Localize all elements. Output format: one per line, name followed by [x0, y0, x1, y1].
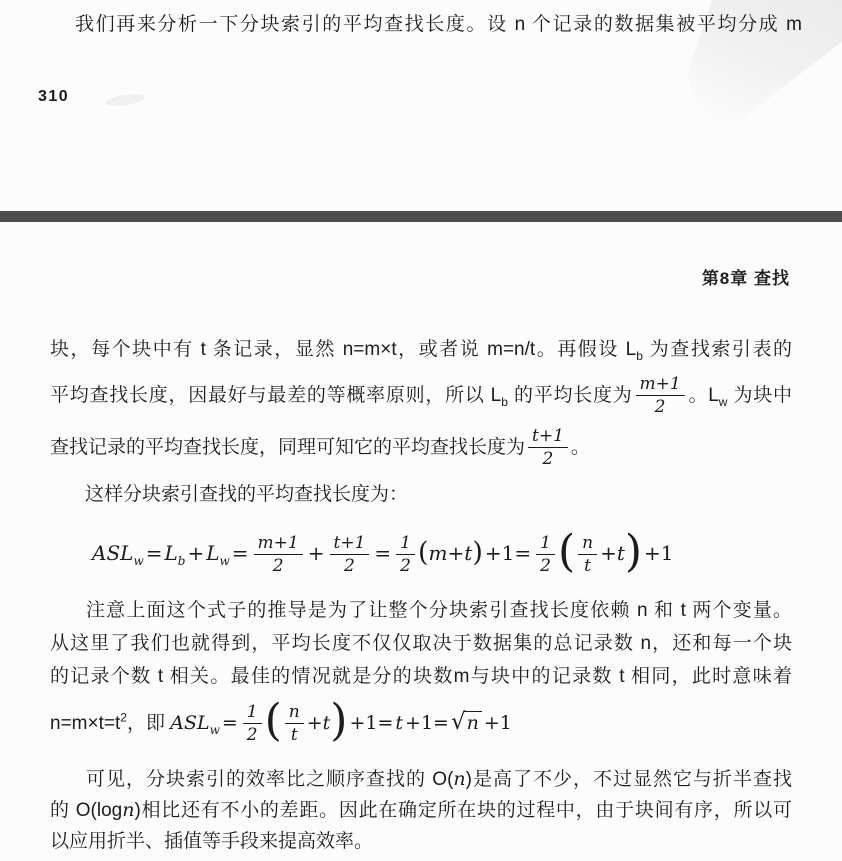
- fraction-numerator: n: [285, 702, 304, 724]
- fraction-denominator: 2: [540, 555, 551, 576]
- scan-smudge: [104, 92, 145, 107]
- subscript: b: [178, 554, 186, 568]
- body-text: 平均查找长度，因最好与最差的等概率原则，所以 L: [50, 385, 501, 406]
- paren-open: (: [265, 695, 282, 746]
- fraction-numerator: 1: [396, 533, 415, 555]
- fraction: 12: [396, 533, 415, 577]
- top-paragraph-text: 我们再来分析一下分块索引的平均查找长度。设 n 个记录的数据集被平均分成 m: [75, 14, 802, 35]
- body-text: 。: [571, 437, 590, 458]
- paren-close: ): [625, 526, 642, 577]
- math-symbol: L: [164, 541, 177, 565]
- fraction-denominator: 2: [344, 555, 355, 576]
- fraction: 12: [243, 702, 262, 746]
- math-symbol: n: [453, 768, 465, 790]
- body-text: )相比还有不小的差距。因此在确定所在块的过程中，由于块间有序，所以可: [134, 800, 792, 821]
- body-text: 为块中: [727, 385, 792, 406]
- paren-open: (: [418, 537, 429, 568]
- book-page: 我们再来分析一下分块索引的平均查找长度。设 n 个记录的数据集被平均分成 m 3…: [0, 0, 842, 861]
- paragraph-line: 可见，分块索引的效率比之顺序查找的 O(n)是高了不少，不过显然它与折半查找: [50, 764, 792, 795]
- fraction: m+12: [254, 533, 303, 577]
- subscript: w: [133, 554, 143, 568]
- math-operator: +1=: [349, 712, 393, 734]
- fraction: m+12: [636, 374, 685, 418]
- paragraph-line: 以应用折半、插值等手段来提高效率。: [50, 826, 792, 857]
- body-math: n=m×t=t: [50, 713, 120, 734]
- fraction-denominator: 2: [273, 555, 284, 576]
- fraction: 12: [536, 533, 555, 577]
- subscript: b: [636, 349, 643, 363]
- fraction-numerator: 1: [536, 533, 555, 555]
- math-operator: +1: [644, 541, 673, 565]
- fraction: nt: [285, 702, 304, 746]
- fraction-numerator: t+1: [330, 533, 370, 555]
- fraction-denominator: 2: [247, 724, 258, 745]
- math-symbol: m+t: [429, 541, 473, 565]
- page-number: 310: [38, 88, 69, 106]
- fraction-numerator: m+1: [636, 374, 685, 396]
- chapter-header: 第8章 查找: [702, 264, 790, 289]
- math-symbol: L: [206, 541, 219, 565]
- body-text: 的平均长度为: [508, 385, 633, 406]
- paragraph-line: 注意上面这个式子的推导是为了让整个分块索引查找长度依赖 n 和 t 两个变量。: [50, 594, 792, 627]
- fraction-numerator: m+1: [254, 533, 303, 555]
- paren-close: ): [472, 537, 483, 568]
- math-operator: +: [308, 541, 325, 565]
- math-operator: +1: [484, 712, 512, 734]
- paragraph-line: 的 O(logn)相比还有不小的差距。因此在确定所在块的过程中，由于块间有序，所…: [50, 795, 792, 826]
- page-body: 块，每个块中有 t 条记录，显然 n=m×t，或者说 m=n/t。再假设 Lb …: [50, 330, 792, 857]
- fraction-denominator: t: [291, 724, 298, 745]
- math-operator: =: [232, 541, 249, 565]
- fraction: t+12: [528, 426, 568, 470]
- body-text: 。L: [688, 385, 719, 406]
- math-symbol: ASL: [92, 541, 133, 565]
- page-divider: [0, 211, 842, 222]
- math-operator: +1=: [485, 541, 531, 565]
- subscript: w: [220, 554, 230, 568]
- fraction-numerator: 1: [243, 702, 262, 724]
- paragraph-line: 查找记录的平均查找长度，同理可知它的平均查找长度为t+12。: [50, 422, 792, 474]
- body-text: 块，每个块中有 t 条记录，显然 n=m×t，或者说 m=n/t。再假设 L: [50, 339, 636, 360]
- formula-asl-optimal: n=m×t=t2，即 ASLw=12(nt+t)+1=t+1=√n+1: [50, 693, 792, 754]
- body-text: 为查找索引表的: [643, 339, 792, 360]
- math-operator: +: [187, 541, 204, 565]
- superscript: 2: [120, 711, 127, 725]
- fraction-numerator: n: [578, 533, 597, 555]
- fraction-denominator: 2: [400, 555, 411, 576]
- paragraph-line: 块，每个块中有 t 条记录，显然 n=m×t，或者说 m=n/t。再假设 Lb …: [50, 330, 792, 370]
- top-paragraph: 我们再来分析一下分块索引的平均查找长度。设 n 个记录的数据集被平均分成 m: [50, 10, 802, 40]
- math-operator: +1=: [405, 712, 449, 734]
- math-symbol: n: [122, 799, 134, 821]
- paragraph-line: 平均查找长度，因最好与最差的等概率原则，所以 Lb 的平均长度为m+12。Lw …: [50, 370, 792, 422]
- paragraph-line: 这样分块索引查找的平均查找长度为：: [50, 474, 792, 516]
- fraction-denominator: 2: [655, 396, 666, 417]
- body-text: 可见，分块索引的效率比之顺序查找的 O(: [86, 769, 453, 790]
- math-symbol: ASL: [170, 712, 209, 734]
- math-symbol: t: [395, 712, 403, 734]
- fraction: t+12: [330, 533, 370, 577]
- subscript: b: [501, 395, 508, 409]
- paren-open: (: [558, 526, 575, 577]
- body-text: 的 O(log: [50, 800, 122, 821]
- fraction-denominator: 2: [543, 448, 554, 469]
- math-operator: =: [146, 541, 163, 565]
- paren-close: ): [330, 695, 347, 746]
- formula-asl-main: ASLw=Lb+Lw=m+12+t+12=12(m+t)+1=12(nt+t)+…: [50, 522, 792, 584]
- fraction-denominator: t: [584, 555, 591, 576]
- math-symbol: +t: [307, 712, 331, 734]
- sqrt-argument: n: [464, 711, 482, 734]
- paragraph-line: 从这里了我们也就得到，平均长度不仅仅取决于数据集的总记录数 n，还和每一个块: [50, 627, 792, 660]
- body-text: 查找记录的平均查找长度，同理可知它的平均查找长度为: [50, 437, 525, 458]
- paragraph-line: 的记录个数 t 相关。最佳的情况就是分的块数m与块中的记录数 t 相同，此时意味…: [50, 660, 792, 693]
- fraction-numerator: t+1: [528, 426, 568, 448]
- sqrt-radical-icon: √: [451, 709, 466, 735]
- body-text: ，即: [127, 713, 170, 734]
- math-operator: =: [374, 541, 391, 565]
- math-operator: =: [222, 712, 238, 734]
- fraction: nt: [578, 533, 597, 577]
- math-symbol: +t: [600, 541, 625, 565]
- body-text: )是高了不少，不过显然它与折半查找: [466, 769, 792, 790]
- subscript: w: [210, 723, 220, 737]
